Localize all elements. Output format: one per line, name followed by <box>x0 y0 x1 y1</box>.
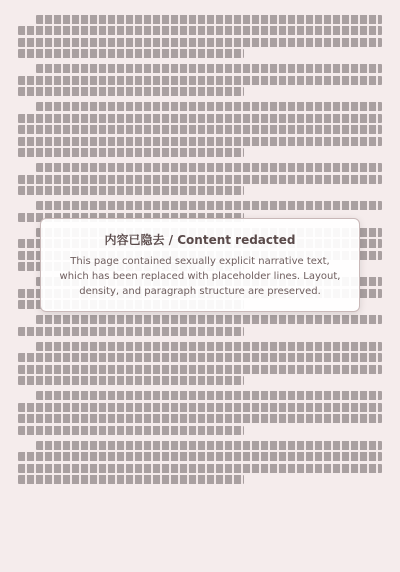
text-line-redacted <box>36 201 382 210</box>
redaction-notice-body: This page contained sexually explicit na… <box>55 254 345 299</box>
text-line-redacted <box>18 125 382 134</box>
redaction-notice-title: 内容已隐去 / Content redacted <box>55 231 345 248</box>
text-line-redacted <box>36 315 382 324</box>
text-line-redacted <box>18 452 382 461</box>
text-line-redacted <box>18 186 244 195</box>
paragraph-redacted <box>18 161 382 198</box>
paragraph-redacted <box>18 389 382 438</box>
text-line-redacted <box>18 475 244 484</box>
paragraph-redacted <box>18 438 382 487</box>
paragraph-redacted <box>18 62 382 99</box>
paragraph-redacted <box>18 313 382 339</box>
text-line-redacted <box>18 327 244 336</box>
text-line-redacted <box>36 441 382 450</box>
text-line-redacted <box>18 148 244 157</box>
text-line-redacted <box>18 403 382 412</box>
text-line-redacted <box>18 137 382 146</box>
text-line-redacted <box>18 426 244 435</box>
text-line-redacted <box>18 49 244 58</box>
text-line-redacted <box>18 414 382 423</box>
text-line-redacted <box>18 114 382 123</box>
paragraph-redacted <box>18 12 382 61</box>
text-line-redacted <box>18 376 244 385</box>
text-line-redacted <box>36 391 382 400</box>
text-line-redacted <box>18 365 382 374</box>
text-line-redacted <box>18 38 382 47</box>
document-page: 内容已隐去 / Content redacted This page conta… <box>0 0 400 572</box>
text-line-redacted <box>36 163 382 172</box>
text-line-redacted <box>36 15 382 24</box>
text-line-redacted <box>18 353 382 362</box>
text-line-redacted <box>18 26 382 35</box>
text-line-redacted <box>18 87 244 96</box>
text-line-redacted <box>18 76 382 85</box>
paragraph-redacted <box>18 100 382 160</box>
text-line-redacted <box>18 175 382 184</box>
text-line-redacted <box>36 102 382 111</box>
paragraph-redacted <box>18 339 382 388</box>
text-line-redacted <box>36 64 382 73</box>
text-line-redacted <box>18 464 382 473</box>
redaction-notice: 内容已隐去 / Content redacted This page conta… <box>40 218 360 312</box>
text-line-redacted <box>36 342 382 351</box>
